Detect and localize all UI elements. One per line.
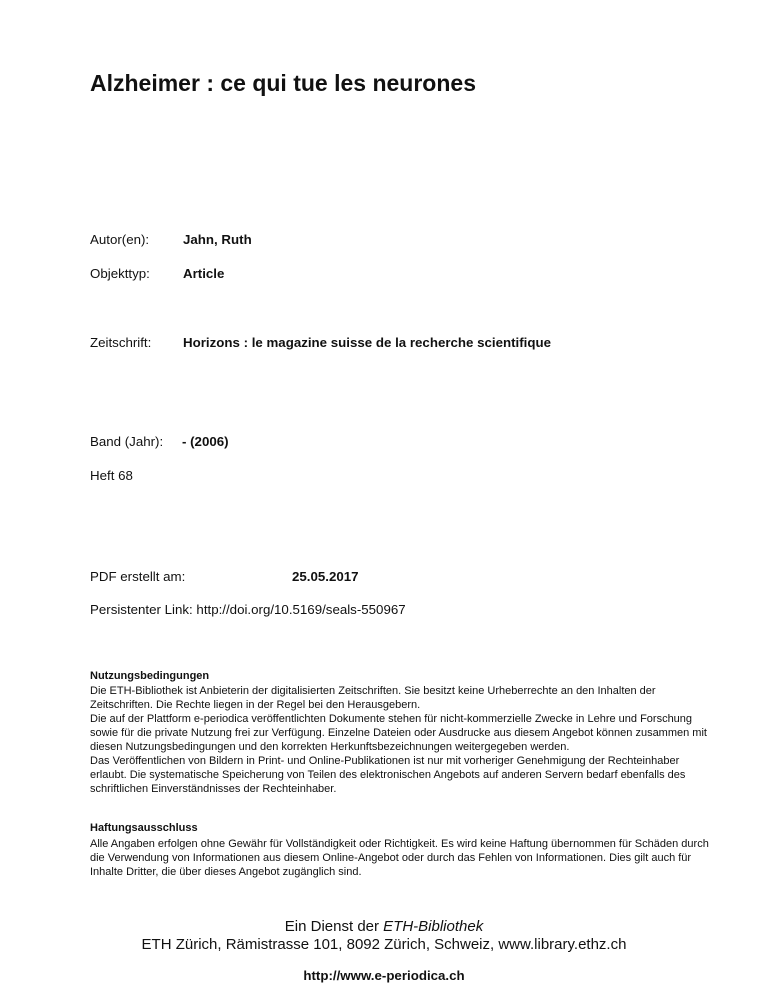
volume-year-value: - (2006) xyxy=(182,434,229,449)
object-type-label: Objekttyp: xyxy=(90,266,150,281)
journal-value: Horizons : le magazine suisse de la rech… xyxy=(183,335,551,350)
pdf-created-label: PDF erstellt am: xyxy=(90,569,185,584)
issue-number: Heft 68 xyxy=(90,468,133,483)
service-name: ETH-Bibliothek xyxy=(383,918,483,935)
pdf-created-date: 25.05.2017 xyxy=(292,569,359,584)
terms-paragraph: Die auf der Plattform e-periodica veröff… xyxy=(90,712,710,754)
disclaimer-heading: Haftungsausschluss xyxy=(90,822,198,834)
service-line: Ein Dienst der ETH-Bibliothek xyxy=(0,918,768,935)
author-value: Jahn, Ruth xyxy=(183,232,252,247)
document-title: Alzheimer : ce qui tue les neurones xyxy=(90,70,476,97)
terms-heading: Nutzungsbedingungen xyxy=(90,670,209,682)
e-periodica-link[interactable]: http://www.e-periodica.ch xyxy=(0,968,768,983)
disclaimer-paragraph: Alle Angaben erfolgen ohne Gewähr für Vo… xyxy=(90,837,710,879)
service-prefix: Ein Dienst der xyxy=(285,918,383,935)
disclaimer-body: Alle Angaben erfolgen ohne Gewähr für Vo… xyxy=(90,837,710,879)
terms-paragraph: Die ETH-Bibliothek ist Anbieterin der di… xyxy=(90,684,710,712)
library-address: ETH Zürich, Rämistrasse 101, 8092 Zürich… xyxy=(0,936,768,953)
object-type-value: Article xyxy=(183,266,224,281)
persistent-link[interactable]: Persistenter Link: http://doi.org/10.516… xyxy=(90,602,406,617)
terms-body: Die ETH-Bibliothek ist Anbieterin der di… xyxy=(90,684,710,796)
journal-label: Zeitschrift: xyxy=(90,335,151,350)
volume-year-label: Band (Jahr): xyxy=(90,434,163,449)
author-label: Autor(en): xyxy=(90,232,149,247)
terms-paragraph: Das Veröffentlichen von Bildern in Print… xyxy=(90,754,710,796)
